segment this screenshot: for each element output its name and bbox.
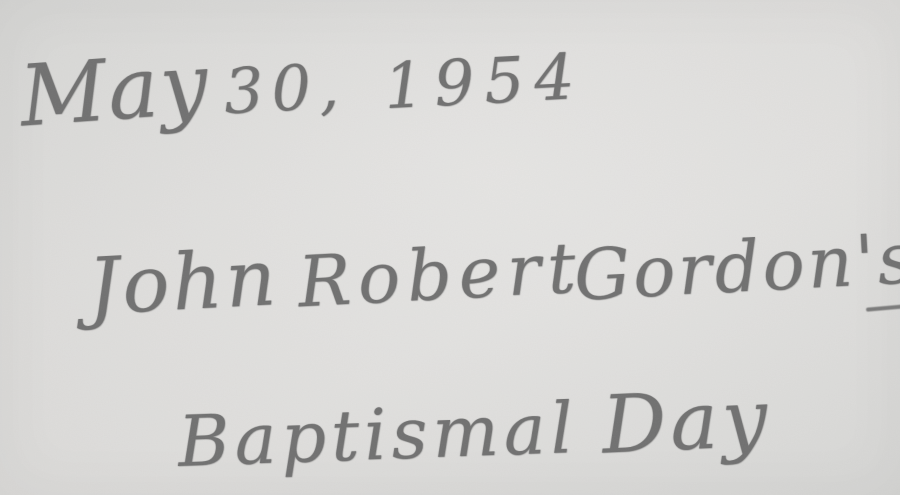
handwritten-word-may: May	[17, 41, 212, 138]
handwritten-note-paper: May 30, 1954 John Robert Gordon's Baptis…	[0, 0, 900, 495]
cutoff-pencil-stroke	[866, 304, 900, 311]
handwritten-word-day: Day	[600, 378, 772, 465]
handwritten-word-1954: 1954	[382, 45, 585, 118]
handwritten-word-gordons: Gordon's	[572, 223, 900, 311]
handwritten-word-baptismal: Baptismal	[177, 393, 579, 477]
handwritten-word-robert: Robert	[296, 233, 584, 318]
handwritten-word-john: John	[86, 239, 281, 327]
handwritten-word-30: 30,	[222, 55, 348, 123]
